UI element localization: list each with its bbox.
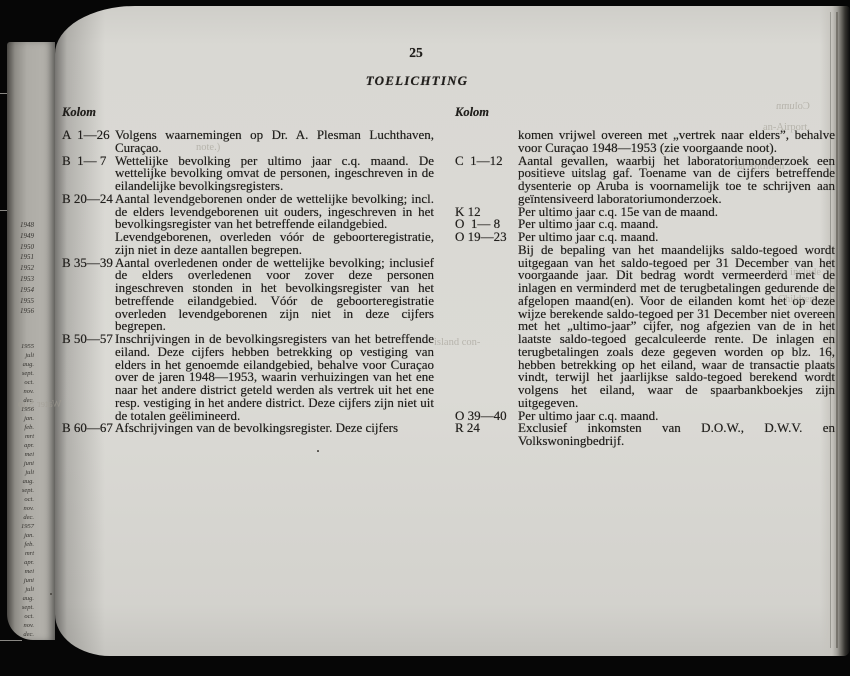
month-label: 1954 (7, 285, 34, 296)
month-label: 1951 (7, 252, 34, 263)
entry-code: B 35—39 (62, 257, 115, 334)
entry-code: A 1—26 (62, 129, 115, 155)
ghost-text: Water Sup (18, 399, 62, 410)
month-label: feb. (7, 540, 34, 549)
month-label: mrt (7, 432, 34, 441)
month-label: oct. (7, 495, 34, 504)
month-label: juni (7, 459, 34, 468)
month-label: 1955 (7, 342, 34, 351)
ghost-text: Children, (778, 294, 817, 305)
entry-text: Aantal levendgeborenen onder de wettelij… (115, 193, 434, 231)
column-left: Kolom A 1—26 Volgens waarnemingen op Dr.… (62, 105, 434, 435)
month-label: 1956 (7, 306, 34, 317)
month-label: juli (7, 468, 34, 477)
month-label: mei (7, 450, 34, 459)
month-label: sept. (7, 486, 34, 495)
entry-code: B 50—57 (62, 333, 115, 422)
ghost-text: da Antillian (735, 161, 784, 172)
month-label: mei (7, 567, 34, 576)
month-label: dec. (7, 630, 34, 639)
toelichting-entry: B 50—57 Inschrijvingen in de bevolkingsr… (62, 333, 434, 422)
toelichting-entry: O 19—23 Per ultimo jaar c.q. maand. Bij … (455, 231, 835, 410)
entry-code: O 19—23 (455, 231, 518, 410)
month-label: mrt (7, 549, 34, 558)
entry-text: Wettelijke bevolking per ultimo jaar c.q… (115, 155, 434, 193)
month-label: juli (7, 351, 34, 360)
month-label: 1950 (7, 242, 34, 253)
month-label: nov. (7, 621, 34, 630)
entry-text2: Levendgeborenen, overleden vóór de geboo… (115, 231, 434, 257)
page-title: TOELICHTING (317, 73, 517, 89)
month-label: nov. (7, 387, 34, 396)
toelichting-entry: B 60—67 Afschrijvingen van de bevolkings… (62, 422, 434, 435)
month-label: oct. (7, 378, 34, 387)
entry-text: Aantal gevallen, waarbij het laboratoriu… (518, 155, 835, 206)
entry-code: C 1—12 (455, 155, 518, 206)
month-label: apr. (7, 558, 34, 567)
entry-text: Inschrijvingen in de bevolkingsregisters… (115, 333, 434, 422)
spine-months-strip: 194819491950195119521953195419551956 195… (7, 42, 55, 640)
month-label: dec. (7, 513, 34, 522)
spine-month-labels: 1955juliaug.sept.oct.nov.dec.1956jan.feb… (7, 342, 34, 639)
ghost-text: Column (776, 101, 810, 112)
month-label: feb. (7, 423, 34, 432)
entry-text: Volgens waarnemingen op Dr. A. Plesman L… (115, 129, 434, 155)
month-label: jan. (7, 531, 34, 540)
spine-year-labels: 194819491950195119521953195419551956 (7, 220, 34, 317)
month-label: 1949 (7, 231, 34, 242)
ink-speck (317, 450, 319, 452)
entry-code: B 1— 7 (62, 155, 115, 193)
toelichting-entry: R 24 Exclusief inkomsten van D.O.W., D.W… (455, 422, 835, 448)
entry-code (455, 129, 518, 155)
entries-left: A 1—26 Volgens waarnemingen op Dr. A. Pl… (62, 129, 434, 435)
entry-text: Afschrijvingen van de bevolkingsregister… (115, 422, 434, 435)
month-label: nov. (7, 504, 34, 513)
entries-right: komen vrijwel overeen met „vertrek naar … (455, 129, 835, 448)
column-header: Kolom (62, 105, 434, 120)
toelichting-entry: A 1—26 Volgens waarnemingen op Dr. A. Pl… (62, 129, 434, 155)
month-label: 1952 (7, 263, 34, 274)
paper-page: 25 TOELICHTING Kolom A 1—26 Volgens waar… (55, 6, 850, 656)
ghost-text: note.) (196, 142, 220, 153)
month-label: aug. (7, 477, 34, 486)
toelichting-entry: B 35—39 Aantal overledenen onder de wett… (62, 257, 434, 334)
month-label: 1948 (7, 220, 34, 231)
month-label: aug. (7, 360, 34, 369)
month-label: 1953 (7, 274, 34, 285)
toelichting-entry: B 20—24 Aantal levendgeborenen onder de … (62, 193, 434, 257)
month-label: 1957 (7, 522, 34, 531)
month-label: sept. (7, 369, 34, 378)
month-label: juli (7, 585, 34, 594)
page-stack-edge (836, 12, 838, 648)
month-label: oct. (7, 612, 34, 621)
book-scan: 194819491950195119521953195419551956 195… (0, 0, 850, 676)
entry-text: Aantal overledenen onder de wettelijke b… (115, 257, 434, 334)
toelichting-entry: B 1— 7 Wettelijke bevolking per ultimo j… (62, 155, 434, 193)
month-label: aug. (7, 594, 34, 603)
entry-text: Exclusief inkomsten van D.O.W., D.W.V. e… (518, 422, 835, 448)
entry-code: B 20—24 (62, 193, 115, 257)
page-edge-line (0, 640, 22, 641)
entry-code: B 60—67 (62, 422, 115, 435)
ghost-text: island con- (434, 337, 480, 348)
month-label: apr. (7, 441, 34, 450)
entry-code: R 24 (455, 422, 518, 448)
page-number: 25 (386, 45, 446, 61)
ghost-text: data include (770, 267, 821, 278)
month-label: 1955 (7, 296, 34, 307)
month-label: sept. (7, 603, 34, 612)
month-label: jan. (7, 414, 34, 423)
ghost-text: an-Airport, (763, 122, 810, 133)
ink-speck (50, 593, 52, 595)
month-label: juni (7, 576, 34, 585)
